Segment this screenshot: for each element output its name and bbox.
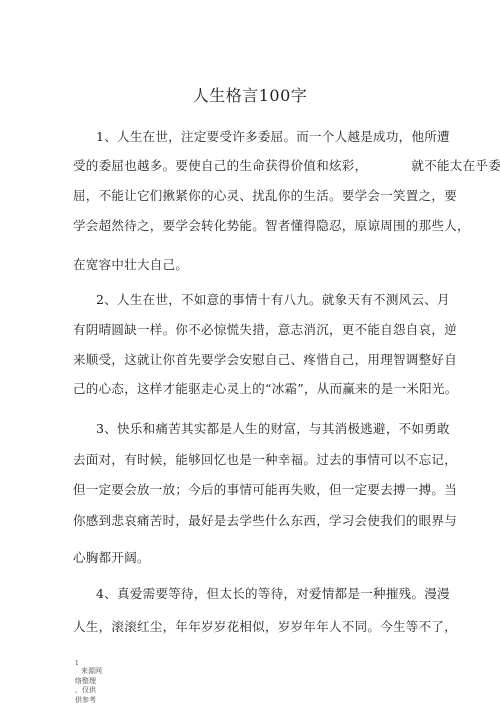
- paragraph-3-line-3: 但一定要会放一放；今后的事情可能再失败，但一定要去搏一搏。当: [73, 480, 457, 498]
- paragraph-2-line-1: 2、人生在世，不如意的事情十有八九。就象天有不测风云、月: [96, 290, 450, 308]
- footnote: 1 来源网 络整理 ，仅供 供参考: [75, 662, 115, 705]
- paragraph-4-line-1: 4、真爱需要等待，但太长的等待，对爱情都是一种摧残。漫漫: [96, 584, 450, 602]
- paragraph-1-line-2-tail: 就不能太在乎委: [411, 158, 500, 173]
- paragraph-1-line-5: 在宽容中壮大自己。: [73, 255, 188, 273]
- footnote-line-3: ，仅供: [75, 686, 115, 696]
- paragraph-3-line-1: 3、快乐和痛苦其实都是人生的财富，与其消极逃避，不如勇敢: [96, 419, 450, 437]
- paragraph-4-line-2: 人生，滚滚红尘，年年岁岁花相似，岁岁年年人不同。今生等不了，: [73, 617, 457, 635]
- paragraph-1-line-4: 学会超然待之，要学会转化势能。智者懂得隐忍，原谅周围的那些人，: [73, 216, 470, 234]
- footnote-mark: 1: [75, 659, 79, 669]
- paragraph-1-line-2: 受的委屈也越多。要使自己的生命获得价值和炫彩，就不能太在乎委: [73, 156, 500, 174]
- footnote-line-4: 供参考: [75, 696, 115, 706]
- paragraph-2-line-3: 来顺受，这就让你首先要学会安慰自己、疼惜自己，用理智调整好自: [73, 350, 457, 368]
- paragraph-3-line-4: 你感到悲哀痛苦时，最好是去学些什么东西，学习会使我们的眼界与: [73, 511, 457, 529]
- paragraph-1-line-2-head: 受的委屈也越多。要使自己的生命获得价值和炫彩，: [73, 158, 367, 173]
- paragraph-2-line-2: 有阴晴圆缺一样。你不必惊慌失措，意志消沉，更不能自怨自哀，逆: [73, 320, 457, 338]
- paragraph-3-line-2: 去面对，有时候，能够回忆也是一种幸福。过去的事情可以不忘记，: [73, 450, 457, 468]
- paragraph-1-line-3: 屈，不能让它们揪紧你的心灵、扰乱你的生活。要学会一笑置之，要: [73, 186, 457, 204]
- footnote-line-1: 来源网: [75, 667, 115, 677]
- document-page: 人生格言100字 1、人生在世，注定要受许多委屈。而一个人越是成功，他所遭 受的…: [0, 0, 500, 708]
- paragraph-3-line-5: 心胸都开阔。: [73, 548, 150, 566]
- footnote-line-2: 络整理: [75, 677, 115, 687]
- paragraph-1-line-1: 1、人生在世，注定要受许多委屈。而一个人越是成功，他所遭: [96, 127, 450, 145]
- document-title: 人生格言100字: [0, 83, 500, 106]
- paragraph-2-line-4: 己的心态，这样才能驱走心灵上的“冰霜”，从而赢来的是一米阳光。: [73, 379, 458, 397]
